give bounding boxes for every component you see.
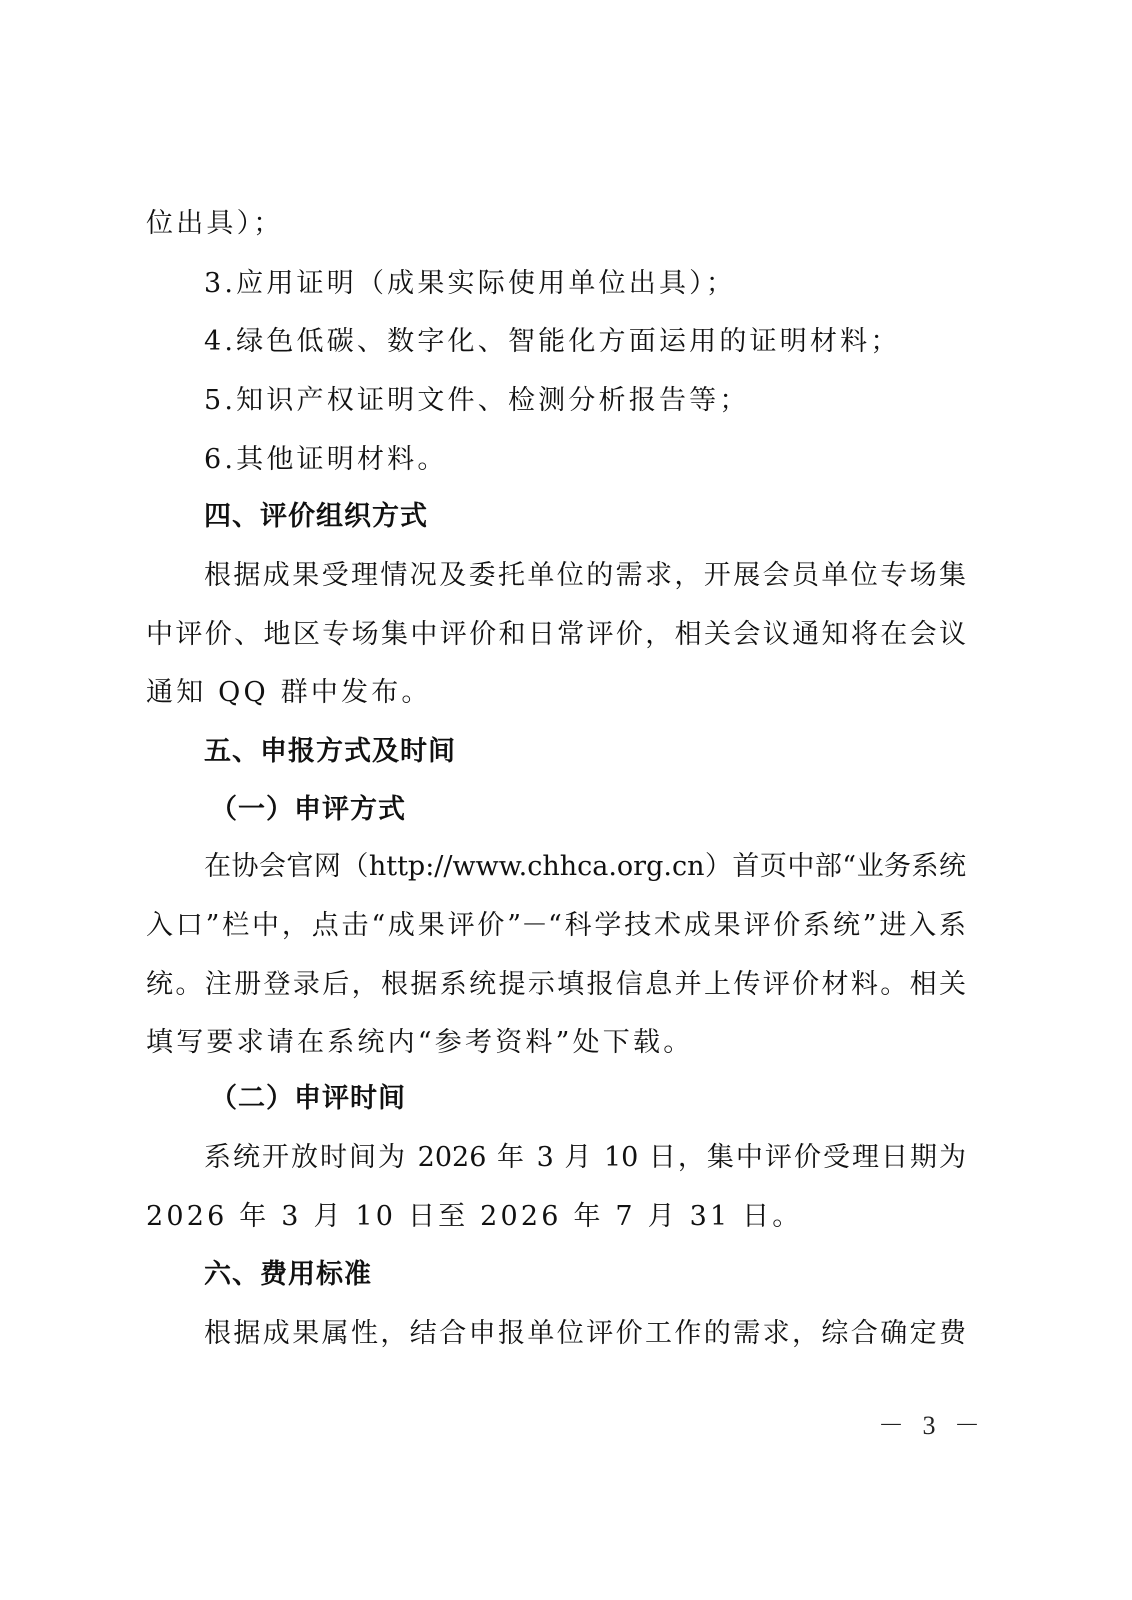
list-item-4: 4.绿色低碳、数字化、智能化方面运用的证明材料； <box>204 325 901 359</box>
paragraph-line: 统。注册登录后，根据系统提示填报信息并上传评价材料。相关 <box>146 968 966 1002</box>
paragraph-line: 通知 QQ 群中发布。 <box>146 676 432 710</box>
paragraph-line: 系统开放时间为 2026 年 3 月 10 日，集中评价受理日期为 <box>204 1141 966 1175</box>
subsection-heading-2: （二）申评时间 <box>210 1082 406 1116</box>
document-page: 位出具）； 3.应用证明（成果实际使用单位出具）； 4.绿色低碳、数字化、智能化… <box>0 0 1132 1600</box>
page-number: － 3 － <box>878 1405 986 1442</box>
body-line: 位出具）； <box>146 207 284 241</box>
paragraph-line: 中评价、地区专场集中评价和日常评价，相关会议通知将在会议 <box>146 618 966 652</box>
list-item-5: 5.知识产权证明文件、检测分析报告等； <box>204 384 750 418</box>
paragraph-line: 在协会官网（http://www.chhca.org.cn）首页中部“业务系统 <box>204 850 966 884</box>
paragraph-line: 入口”栏中，点击“成果评价”－“科学技术成果评价系统”进入系 <box>146 909 966 943</box>
list-item-6: 6.其他证明材料。 <box>204 443 448 477</box>
section-heading-5: 五、申报方式及时间 <box>204 735 456 769</box>
subsection-heading-1: （一）申评方式 <box>210 793 406 827</box>
section-heading-6: 六、费用标准 <box>204 1258 372 1292</box>
paragraph-line: 根据成果属性，结合申报单位评价工作的需求，综合确定费 <box>204 1317 966 1351</box>
paragraph-line: 2026 年 3 月 10 日至 2026 年 7 月 31 日。 <box>146 1200 803 1234</box>
paragraph-line: 根据成果受理情况及委托单位的需求，开展会员单位专场集 <box>204 559 966 593</box>
section-heading-4: 四、评价组织方式 <box>204 500 428 534</box>
paragraph-line: 填写要求请在系统内“参考资料”处下载。 <box>146 1026 693 1060</box>
list-item-3: 3.应用证明（成果实际使用单位出具）； <box>204 267 736 301</box>
